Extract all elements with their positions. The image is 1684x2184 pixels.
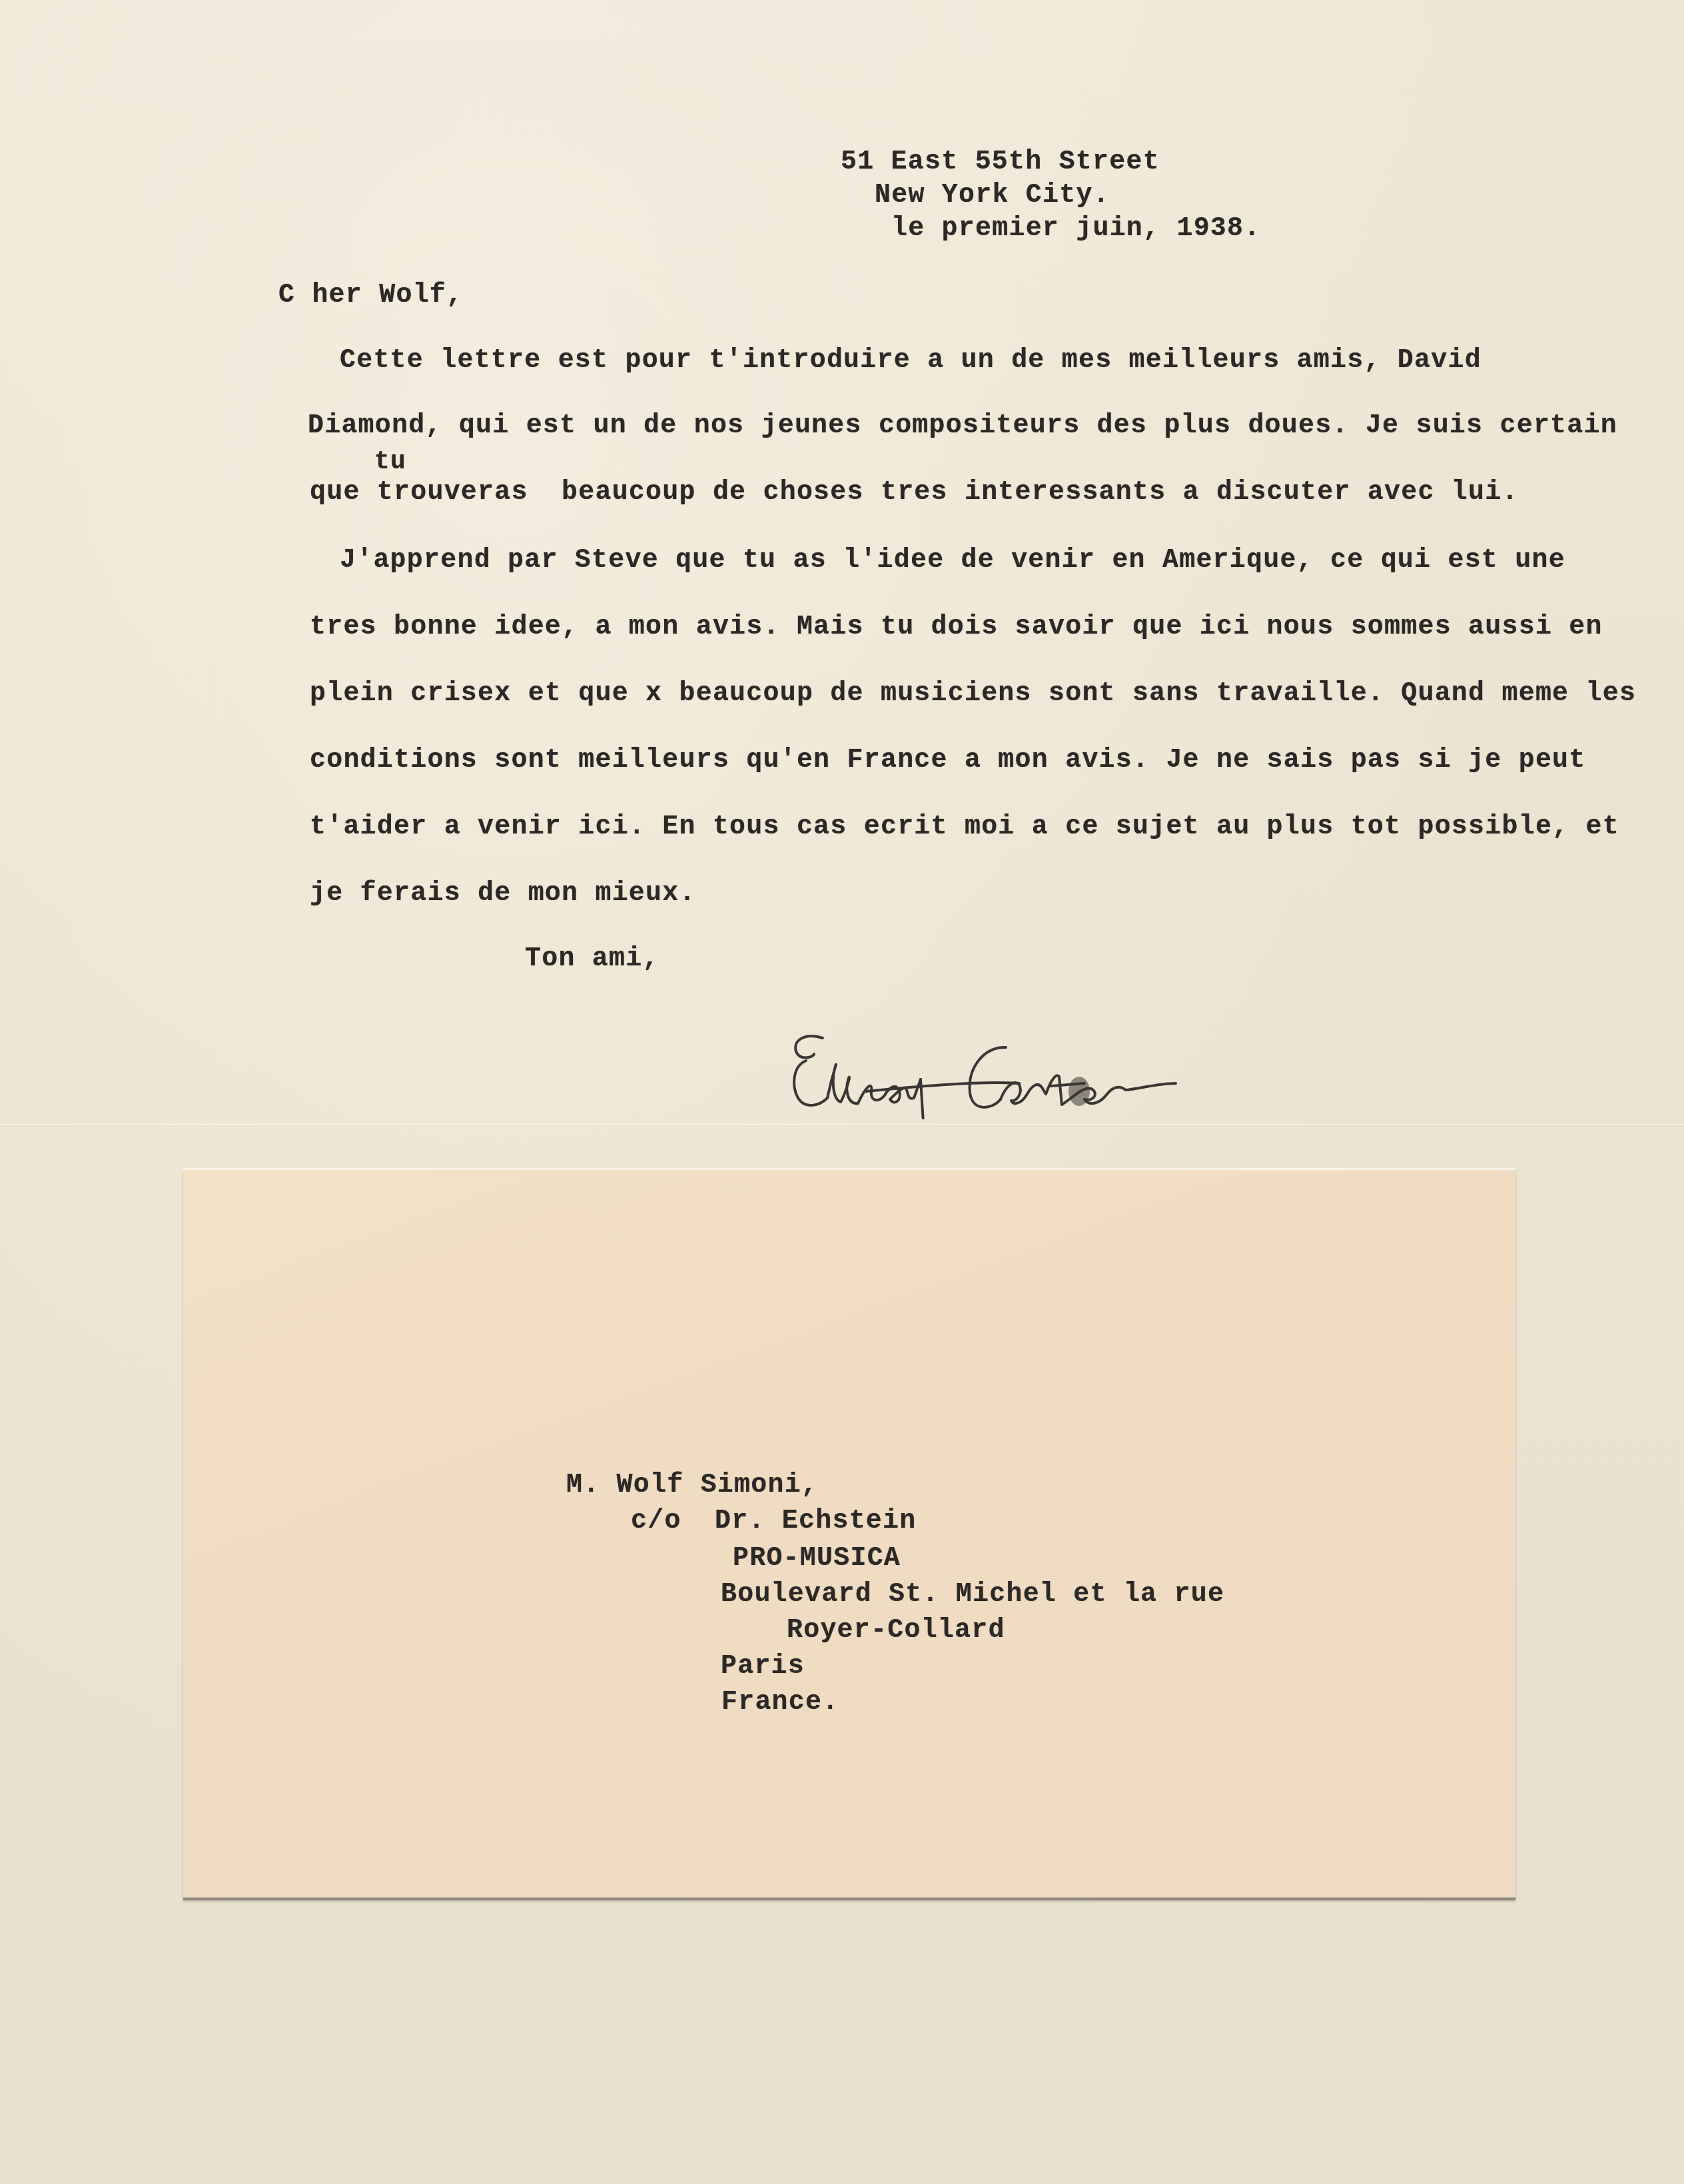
envelope-country: France. xyxy=(721,1685,839,1721)
envelope-recipient-name: M. Wolf Simoni, xyxy=(566,1468,818,1504)
body-insertion-tu: tu xyxy=(374,446,406,478)
envelope-organization: PRO-MUSICA xyxy=(733,1541,901,1577)
letter-date: le premier juin, 1938. xyxy=(891,213,1261,245)
body-line-2: Diamond, qui est un de nos jeunes compos… xyxy=(308,410,1617,442)
body-line-4: J'apprend par Steve que tu as l'idee de … xyxy=(340,545,1565,577)
envelope-city: Paris xyxy=(721,1649,805,1685)
body-line-1: Cette lettre est pour t'introduire a un … xyxy=(340,345,1481,377)
body-line-8: t'aider a venir ici. En tous cas ecrit m… xyxy=(310,812,1619,843)
body-line-6: plein crisex et que x beaucoup de musici… xyxy=(310,678,1636,710)
signature-elliott-carter xyxy=(766,1019,1199,1119)
body-line-3: que trouveras beaucoup de choses tres in… xyxy=(310,477,1519,509)
closing: Ton ami, xyxy=(525,943,659,975)
salutation: C her Wolf, xyxy=(278,280,463,312)
sender-city: New York City. xyxy=(875,180,1110,212)
envelope: M. Wolf Simoni, c/o Dr. Echstein PRO-MUS… xyxy=(183,1168,1515,1898)
envelope-care-of: c/o Dr. Echstein xyxy=(631,1504,916,1540)
envelope-street-continued: Royer-Collard xyxy=(787,1613,1005,1649)
paper-fold-line xyxy=(0,1124,1684,1126)
body-line-5: tres bonne idee, a mon avis. Mais tu doi… xyxy=(310,612,1603,644)
body-line-7: conditions sont meilleurs qu'en France a… xyxy=(310,745,1586,777)
sender-street: 51 East 55th Street xyxy=(841,147,1160,179)
envelope-street: Boulevard St. Michel et la rue xyxy=(721,1577,1224,1613)
body-line-9: je ferais de mon mieux. xyxy=(310,878,696,910)
